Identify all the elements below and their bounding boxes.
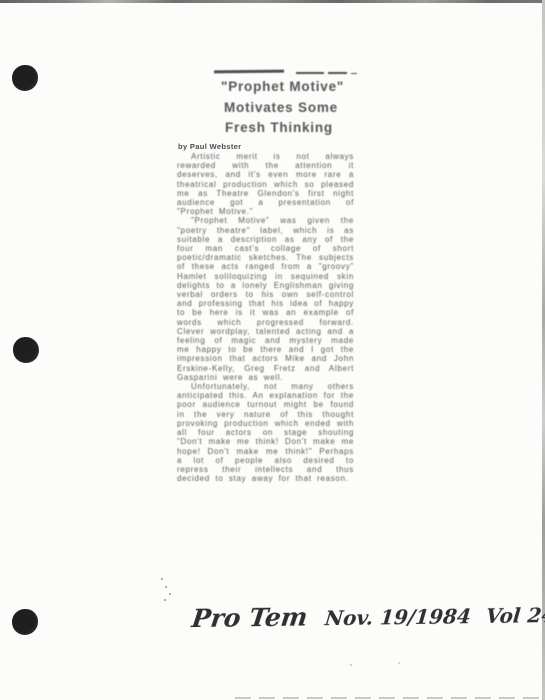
clipping-torn-edge — [296, 72, 324, 74]
citation-date: Nov. 19/1984 — [324, 604, 472, 630]
article-byline: by Paul Webster — [178, 142, 241, 151]
headline-line-2: Motivates Some — [224, 98, 344, 119]
article-paragraph: "Prophet Motive" was given the "poetry t… — [177, 216, 354, 382]
citation-publication: Pro Tem — [190, 602, 309, 633]
clipping-torn-edge — [214, 70, 284, 73]
clipping-torn-edge — [328, 72, 347, 74]
scan-artifact-top-edge — [0, 0, 545, 3]
article-body: Artistic merit is not always rewarded wi… — [177, 152, 354, 483]
headline-line-1: "Prophet Motive" — [221, 77, 344, 98]
pencil-speck — [169, 593, 171, 595]
pencil-speck — [165, 586, 167, 588]
citation-issue: Vol 24, No. 9 — [485, 602, 545, 628]
handwritten-citation: Pro Tem Nov. 19/1984 Vol 24, No. 9 — [192, 598, 545, 633]
scanned-page: "Prophet Motive" Motivates Some Fresh Th… — [0, 0, 545, 700]
pencil-speck — [161, 578, 163, 580]
article-paragraph: Artistic merit is not always rewarded wi… — [177, 152, 354, 216]
headline-line-3: Fresh Thinking — [225, 118, 344, 139]
pencil-speck — [164, 599, 166, 601]
hole-punch-middle — [13, 337, 39, 363]
clipping-torn-edge — [351, 73, 357, 75]
hole-punch-bottom — [12, 609, 38, 635]
article-paragraph: Unfortunately, not many others anticipat… — [177, 382, 354, 483]
article-headline: "Prophet Motive" Motivates Some Fresh Th… — [221, 77, 344, 139]
scan-artifact-bottom-edge — [235, 697, 541, 699]
hole-punch-top — [12, 65, 38, 91]
pencil-speck — [350, 664, 352, 666]
pencil-speck — [398, 662, 400, 664]
